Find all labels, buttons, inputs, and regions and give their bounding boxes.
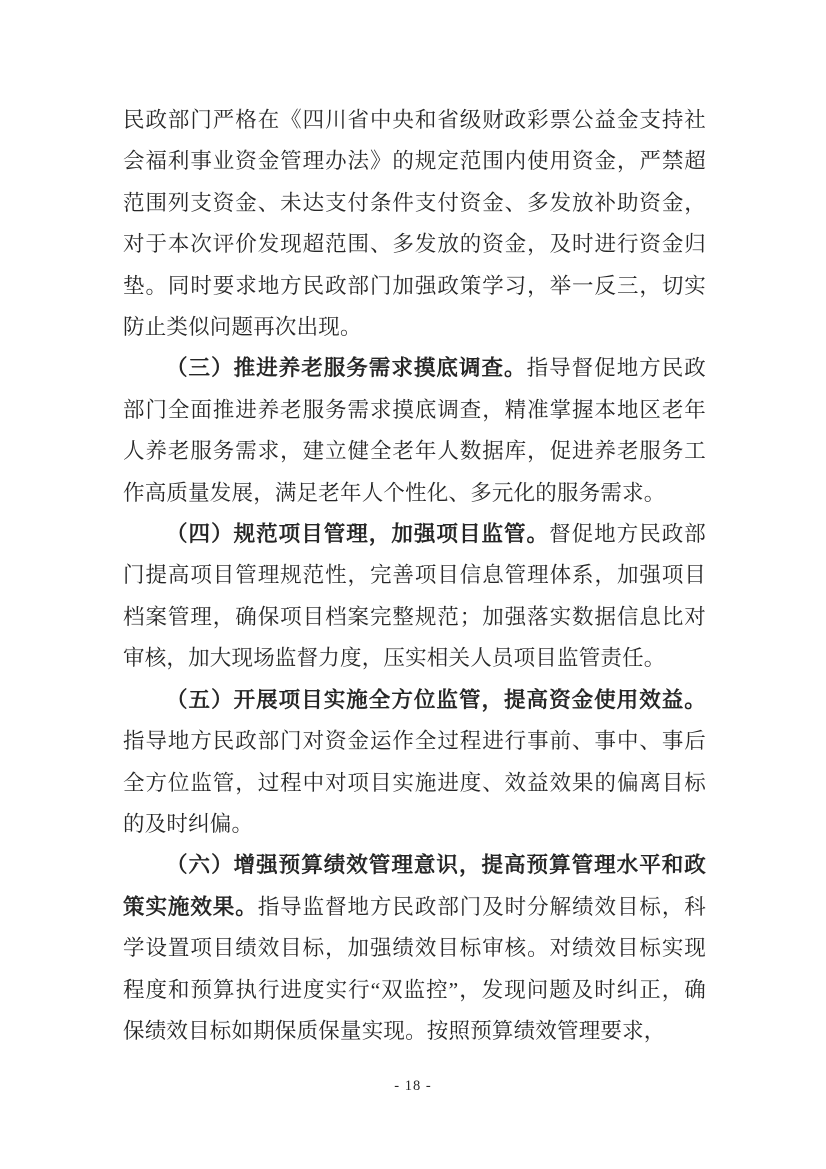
section-5-heading: （五）开展项目实施全方位监管，提高资金使用效益。 [166,688,706,712]
paragraph-body: 民政部门严格在《四川省中央和省级财政彩票公益金支持社会福利事业资金管理办法》的规… [123,108,706,339]
document-page: 民政部门严格在《四川省中央和省级财政彩票公益金支持社会福利事业资金管理办法》的规… [0,0,826,1169]
paragraph-section-3: （三）推进养老服务需求摸底调查。指导督促地方民政部门全面推进养老服务需求摸底调查… [123,348,706,514]
section-4-heading: （四）规范项目管理，加强项目监管。 [166,522,549,546]
page-body-text: 民政部门严格在《四川省中央和省级财政彩票公益金支持社会福利事业资金管理办法》的规… [123,100,706,1052]
paragraph-continuation: 民政部门严格在《四川省中央和省级财政彩票公益金支持社会福利事业资金管理办法》的规… [123,100,706,348]
section-3-heading: （三）推进养老服务需求摸底调查。 [166,356,527,380]
page-number: - 18 - [0,1078,826,1095]
paragraph-section-5: （五）开展项目实施全方位监管，提高资金使用效益。指导地方民政部门对资金运作全过程… [123,680,706,846]
paragraph-section-6: （六）增强预算绩效管理意识，提高预算管理水平和政策实施效果。指导监督地方民政部门… [123,845,706,1052]
paragraph-section-4: （四）规范项目管理，加强项目监管。督促地方民政部门提高项目管理规范性，完善项目信… [123,514,706,680]
paragraph-body: 指导地方民政部门对资金运作全过程进行事前、事中、事后全方位监管，过程中对项目实施… [123,729,706,836]
